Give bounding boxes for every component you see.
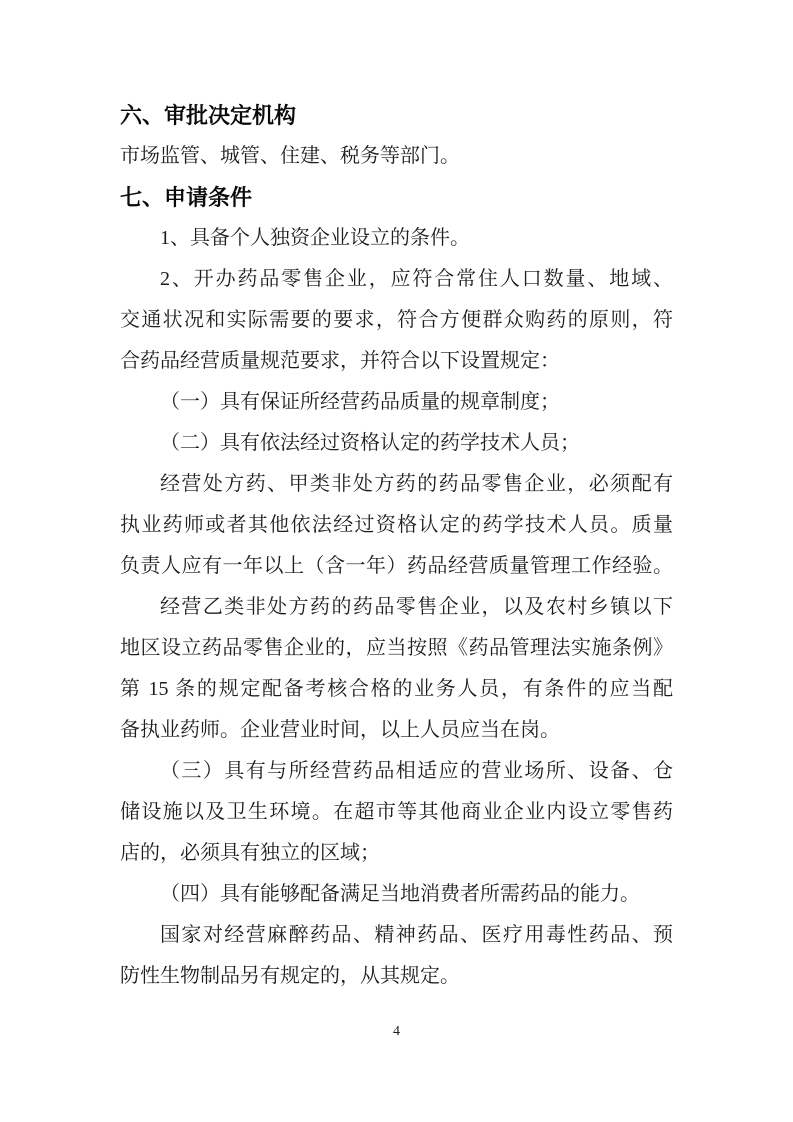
- section-heading: 七、申请条件: [120, 177, 673, 218]
- document-page: 六、审批决定机构市场监管、城管、住建、税务等部门。七、申请条件1、具备个人独资企…: [0, 0, 793, 1122]
- text-line: 备执业药师。企业营业时间，以上人员应当在岗。: [120, 710, 673, 751]
- text-line: 储设施以及卫生环境。在超市等其他商业企业内设立零售药: [120, 792, 673, 833]
- document-body: 六、审批决定机构市场监管、城管、住建、税务等部门。七、申请条件1、具备个人独资企…: [120, 95, 673, 997]
- text-line: 交通状况和实际需要的要求，符合方便群众购药的原则，符: [120, 300, 673, 341]
- text-line: 地区设立药品零售企业的，应当按照《药品管理法实施条例》: [120, 628, 673, 669]
- text-line: 第 15 条的规定配备考核合格的业务人员，有条件的应当配: [120, 669, 673, 710]
- text-line: （一）具有保证所经营药品质量的规章制度；: [120, 382, 673, 423]
- text-line: 2、开办药品零售企业，应符合常住人口数量、地域、: [120, 259, 673, 300]
- text-line: 合药品经营质量规范要求，并符合以下设置规定：: [120, 341, 673, 382]
- page-number: 4: [0, 1024, 793, 1040]
- text-line: 经营乙类非处方药的药品零售企业，以及农村乡镇以下: [120, 587, 673, 628]
- text-line: 负责人应有一年以上（含一年）药品经营质量管理工作经验。: [120, 546, 673, 587]
- text-line: 1、具备个人独资企业设立的条件。: [120, 218, 673, 259]
- section-heading: 六、审批决定机构: [120, 95, 673, 136]
- text-line: 店的，必须具有独立的区域；: [120, 833, 673, 874]
- text-line: 市场监管、城管、住建、税务等部门。: [120, 136, 673, 177]
- text-line: 执业药师或者其他依法经过资格认定的药学技术人员。质量: [120, 505, 673, 546]
- text-line: （三）具有与所经营药品相适应的营业场所、设备、仓: [120, 751, 673, 792]
- text-line: （二）具有依法经过资格认定的药学技术人员；: [120, 423, 673, 464]
- text-line: 防性生物制品另有规定的，从其规定。: [120, 956, 673, 997]
- text-line: 国家对经营麻醉药品、精神药品、医疗用毒性药品、预: [120, 915, 673, 956]
- text-line: 经营处方药、甲类非处方药的药品零售企业，必须配有: [120, 464, 673, 505]
- text-line: （四）具有能够配备满足当地消费者所需药品的能力。: [120, 874, 673, 915]
